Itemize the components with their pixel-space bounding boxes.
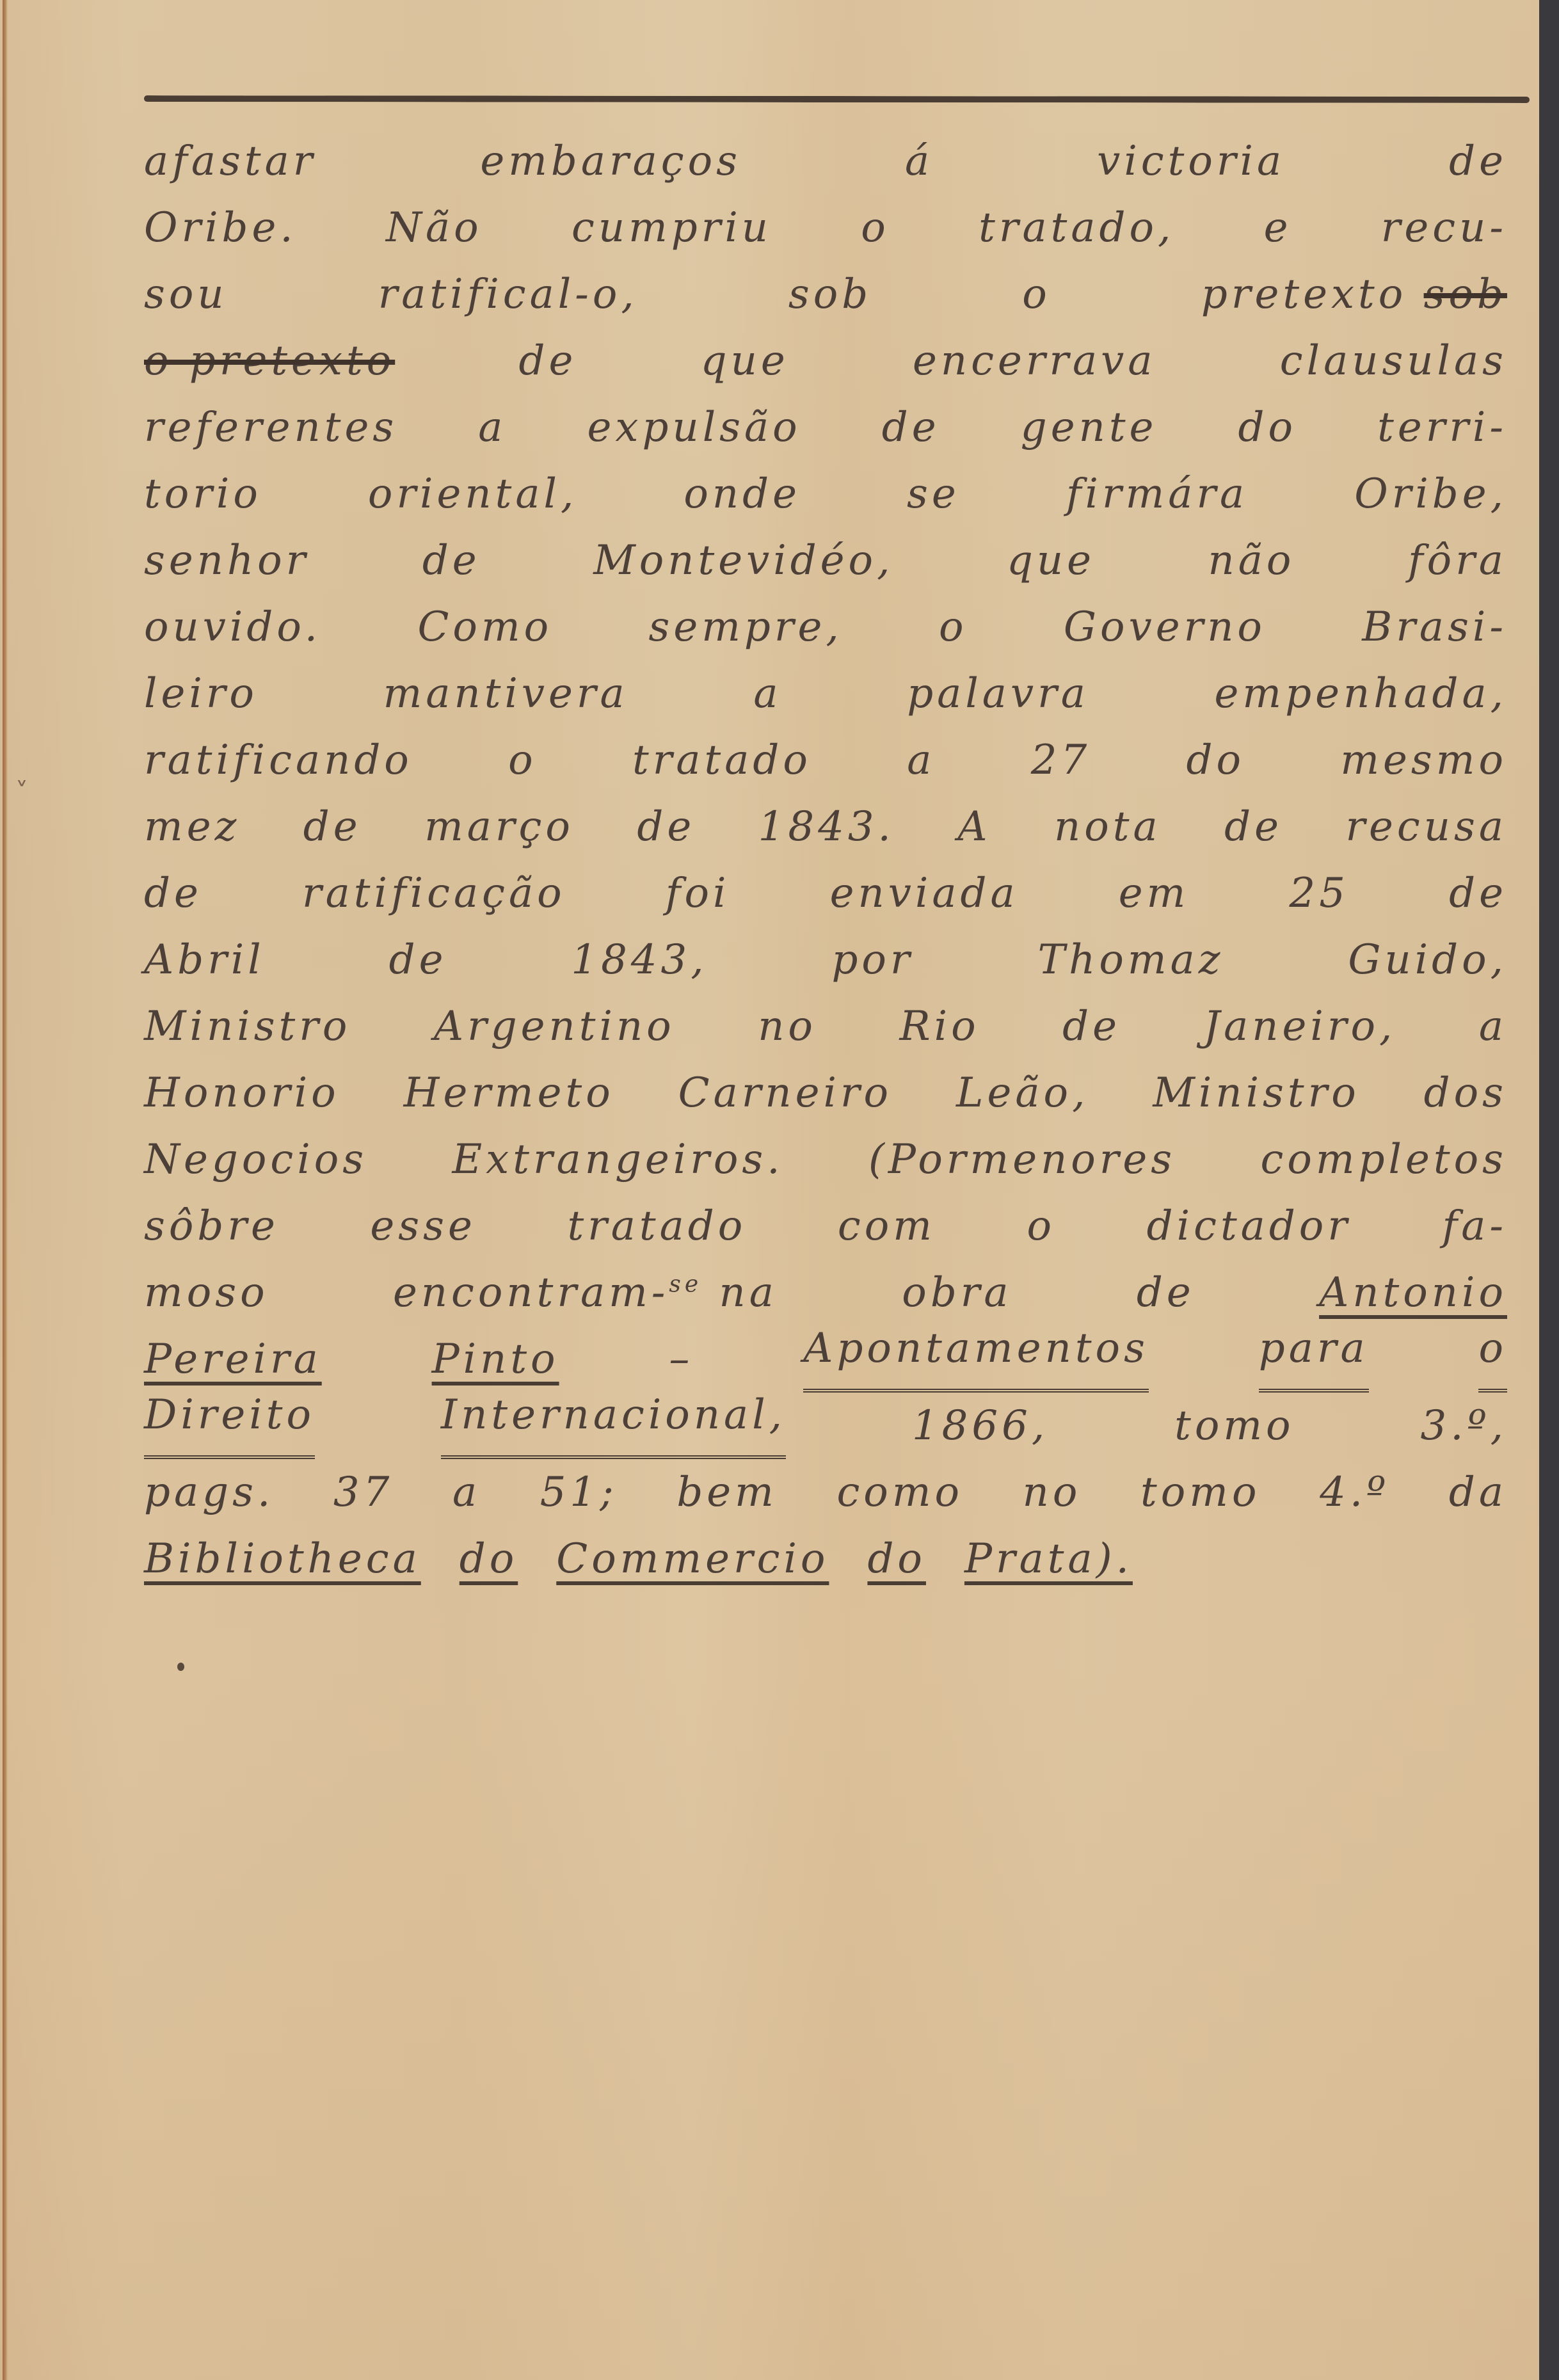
word: sempre, — [649, 594, 843, 660]
word: 3.º, — [1421, 1393, 1508, 1459]
word: á — [905, 128, 933, 195]
word: tomo — [1140, 1459, 1260, 1526]
word: no — [1023, 1459, 1082, 1526]
double-underlined-word: Direito — [144, 1393, 315, 1459]
text-line-22: Bibliotheca do Commercio do Prata). — [144, 1526, 1507, 1592]
word: esse — [370, 1193, 476, 1259]
word: tratado — [567, 1193, 746, 1259]
word: clausulas — [1280, 328, 1507, 394]
word: recusa — [1345, 794, 1507, 860]
struck-word: o pretexto — [144, 328, 395, 394]
word: Abril — [144, 927, 265, 993]
word: expulsão — [588, 394, 801, 461]
inserted-word: se — [669, 1272, 702, 1298]
word: de — [303, 794, 362, 860]
word: bem — [676, 1459, 778, 1526]
word: de — [882, 394, 940, 461]
word: onde — [684, 461, 801, 527]
word: empenhada, — [1215, 660, 1507, 727]
ink-dot — [177, 1663, 184, 1671]
text-line-4: o pretexto de que encerrava clausulas — [144, 328, 1507, 394]
text-line-7: senhor de Montevidéo, que não fôra — [144, 527, 1507, 594]
word: o — [1022, 261, 1051, 328]
underlined-word: Pinto — [432, 1326, 559, 1393]
word: completos — [1261, 1126, 1507, 1193]
word: Leão, — [956, 1060, 1089, 1126]
word: a — [478, 394, 506, 461]
underlined-word: Prata). — [964, 1526, 1133, 1592]
word: se — [907, 461, 960, 527]
double-underlined-word: Apontamentos — [803, 1326, 1149, 1393]
word: Governo — [1064, 594, 1266, 660]
text-line-6: torio oriental, onde se firmára Oribe, — [144, 461, 1507, 527]
underlined-word: Bibliotheca — [144, 1526, 421, 1592]
text-line-20: Direito Internacional, 1866, tomo 3.º, — [144, 1393, 1507, 1459]
word: obra — [902, 1259, 1012, 1326]
word: encerrava — [913, 328, 1156, 394]
word: mesmo — [1340, 727, 1507, 794]
word: ratifical-o, — [378, 261, 638, 328]
double-underlined-word: o — [1478, 1326, 1507, 1393]
word: Janeiro, — [1203, 993, 1396, 1060]
word: Thomaz — [1037, 927, 1224, 993]
word: de — [1137, 1259, 1195, 1326]
word: mantivera — [383, 660, 628, 727]
word: gente — [1021, 394, 1158, 461]
word: victoria — [1097, 128, 1285, 195]
word: oriental, — [368, 461, 577, 527]
word: Rio — [899, 993, 979, 1060]
word: 1866, — [912, 1393, 1048, 1459]
text-line-10: ratificando o tratado a 27 do mesmo — [144, 727, 1507, 794]
word: A — [957, 794, 991, 860]
word: a — [1479, 993, 1507, 1060]
text-line-13: Abril de 1843, por Thomaz Guido, — [144, 927, 1507, 993]
word: no — [758, 993, 817, 1060]
word: a — [753, 660, 781, 727]
underlined-word: do — [867, 1526, 926, 1592]
text-line-12: de ratificação foi enviada em 25 de — [144, 860, 1507, 927]
word: pretexto — [1201, 271, 1407, 318]
word: afastar — [144, 128, 316, 195]
text-line-5: referentes a expulsão de gente do terri- — [144, 394, 1507, 461]
word: mez — [144, 794, 240, 860]
word: foi — [666, 860, 730, 927]
binding-strip — [1539, 0, 1559, 2380]
word: Brasi- — [1362, 594, 1507, 660]
word: 25 — [1290, 860, 1349, 927]
underlined-word: Commercio — [556, 1526, 829, 1592]
word: do — [1238, 394, 1297, 461]
underlined-word: Pereira — [144, 1326, 322, 1393]
word: sôbre — [144, 1193, 279, 1259]
word: Não — [386, 195, 483, 261]
word: palavra — [907, 660, 1089, 727]
word: de — [637, 794, 695, 860]
word: do — [1187, 727, 1245, 794]
struck-word: sob — [1424, 271, 1507, 318]
word: em — [1119, 860, 1190, 927]
word: 27 — [1031, 727, 1091, 794]
word: não — [1208, 527, 1295, 594]
word: Oribe. — [144, 195, 297, 261]
word: como — [836, 1459, 963, 1526]
margin-mark: ˅ — [15, 778, 28, 807]
word: tomo — [1174, 1393, 1294, 1459]
word: tratado — [632, 727, 811, 794]
word: março — [424, 794, 574, 860]
word: na — [719, 1269, 778, 1316]
top-rule-line — [144, 95, 1530, 103]
word: Honorio — [144, 1060, 340, 1126]
page-left-edge — [3, 0, 8, 2380]
word: por — [831, 927, 913, 993]
word: de — [389, 927, 447, 993]
word: 1843, — [571, 927, 707, 993]
word: a — [452, 1459, 481, 1526]
word: que — [1007, 527, 1095, 594]
word: dos — [1424, 1060, 1507, 1126]
word: com — [838, 1193, 936, 1259]
text-line-1: afastar embaraços á victoria de — [144, 128, 1507, 195]
word: – — [669, 1326, 693, 1393]
word: Ministro — [1153, 1060, 1359, 1126]
word: Hermeto — [404, 1060, 614, 1126]
text-line-15: Honorio Hermeto Carneiro Leão, Ministro … — [144, 1060, 1507, 1126]
word: firmára — [1066, 461, 1248, 527]
text-line-21: pags. 37 a 51; bem como no tomo 4.º da — [144, 1459, 1507, 1526]
word: que — [701, 328, 789, 394]
word: Ministro — [144, 993, 351, 1060]
word: Guido, — [1348, 927, 1507, 993]
word-group: pretexto sob — [1201, 261, 1507, 328]
word: enviada — [830, 860, 1019, 927]
text-line-9: leiro mantivera a palavra empenhada, — [144, 660, 1507, 727]
word: Negocios — [144, 1126, 367, 1193]
word: recu- — [1381, 195, 1507, 261]
word: o — [939, 594, 968, 660]
word: 37 — [333, 1459, 393, 1526]
handwritten-text: afastar embaraços á victoria de Oribe. N… — [144, 128, 1507, 1592]
text-line-17: sôbre esse tratado com o dictador fa- — [144, 1193, 1507, 1259]
word: Carneiro — [678, 1060, 892, 1126]
word: 1843. — [758, 794, 895, 860]
word: sob — [788, 261, 872, 328]
word: de — [1449, 860, 1507, 927]
word: referentes — [144, 394, 397, 461]
word: o — [508, 727, 537, 794]
word-group: encontram-se na — [393, 1259, 778, 1326]
word: sou — [144, 261, 228, 328]
text-line-8: ouvido. Como sempre, o Governo Brasi- — [144, 594, 1507, 660]
word: de — [144, 860, 202, 927]
word: o — [1027, 1193, 1056, 1259]
text-line-3: sou ratifical-o, sob o pretexto sob — [144, 261, 1507, 328]
text-line-18: moso encontram-se na obra de Antonio — [144, 1259, 1507, 1326]
word: Oribe, — [1354, 461, 1507, 527]
word: fa- — [1443, 1193, 1507, 1259]
underlined-word: Antonio — [1319, 1259, 1507, 1326]
text-line-11: mez de março de 1843. A nota de recusa — [144, 794, 1507, 860]
word: de — [1062, 993, 1121, 1060]
word: pags. — [144, 1459, 274, 1526]
word: leiro — [144, 660, 258, 727]
word: nota — [1054, 794, 1162, 860]
underlined-word: do — [460, 1526, 518, 1592]
word: 51; — [540, 1459, 618, 1526]
word: 4.º — [1320, 1459, 1389, 1526]
text-line-14: Ministro Argentino no Rio de Janeiro, a — [144, 993, 1507, 1060]
word: e — [1264, 195, 1292, 261]
word: de — [519, 328, 577, 394]
word: ratificação — [302, 860, 566, 927]
word: terri- — [1377, 394, 1507, 461]
word: de — [1224, 794, 1283, 860]
word: da — [1449, 1459, 1507, 1526]
word: torio — [144, 461, 262, 527]
text-line-16: Negocios Extrangeiros. (Pormenores compl… — [144, 1126, 1507, 1193]
word: o — [861, 195, 890, 261]
word: de — [1449, 128, 1507, 195]
word: Extrangeiros. — [452, 1126, 783, 1193]
text-line-19: Pereira Pinto – Apontamentos para o — [144, 1326, 1507, 1393]
word: senhor — [144, 527, 309, 594]
word: moso — [144, 1259, 269, 1326]
word: ouvido. — [144, 594, 321, 660]
word: fôra — [1408, 527, 1507, 594]
text-line-2: Oribe. Não cumpriu o tratado, e recu- — [144, 195, 1507, 261]
word: cumpriu — [572, 195, 772, 261]
word: a — [907, 727, 935, 794]
double-underlined-word: para — [1259, 1326, 1369, 1393]
double-underlined-word: Internacional, — [441, 1393, 786, 1459]
word: embaraços — [480, 128, 741, 195]
word: tratado, — [979, 195, 1174, 261]
word: de — [422, 527, 481, 594]
word: ratificando — [144, 727, 413, 794]
word: (Pormenores — [868, 1126, 1176, 1193]
word: Como — [417, 594, 552, 660]
word: dictador — [1147, 1193, 1351, 1259]
word: Montevidéo, — [593, 527, 893, 594]
word: encontram- — [393, 1269, 669, 1316]
word: Argentino — [434, 993, 675, 1060]
